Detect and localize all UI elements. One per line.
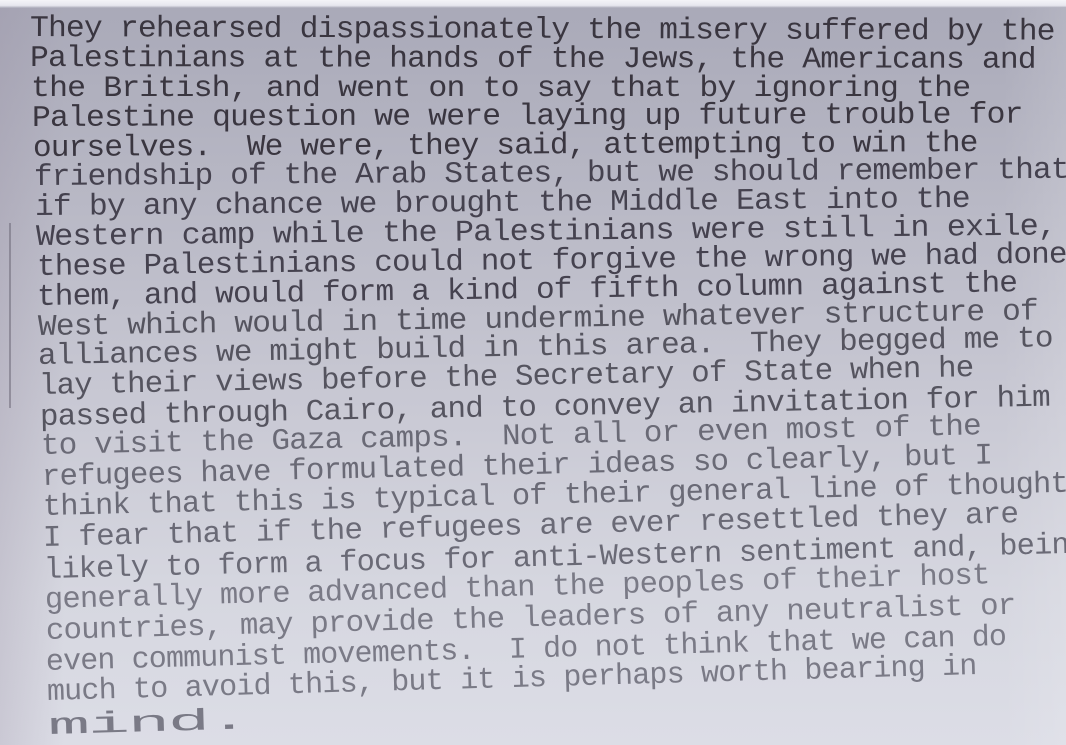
text-line: Palestinians at the hands of the Jews, t… — [30, 44, 1036, 76]
document-body: They rehearsed dispassionately the miser… — [0, 0, 1066, 745]
text-line: mind. — [48, 706, 249, 742]
